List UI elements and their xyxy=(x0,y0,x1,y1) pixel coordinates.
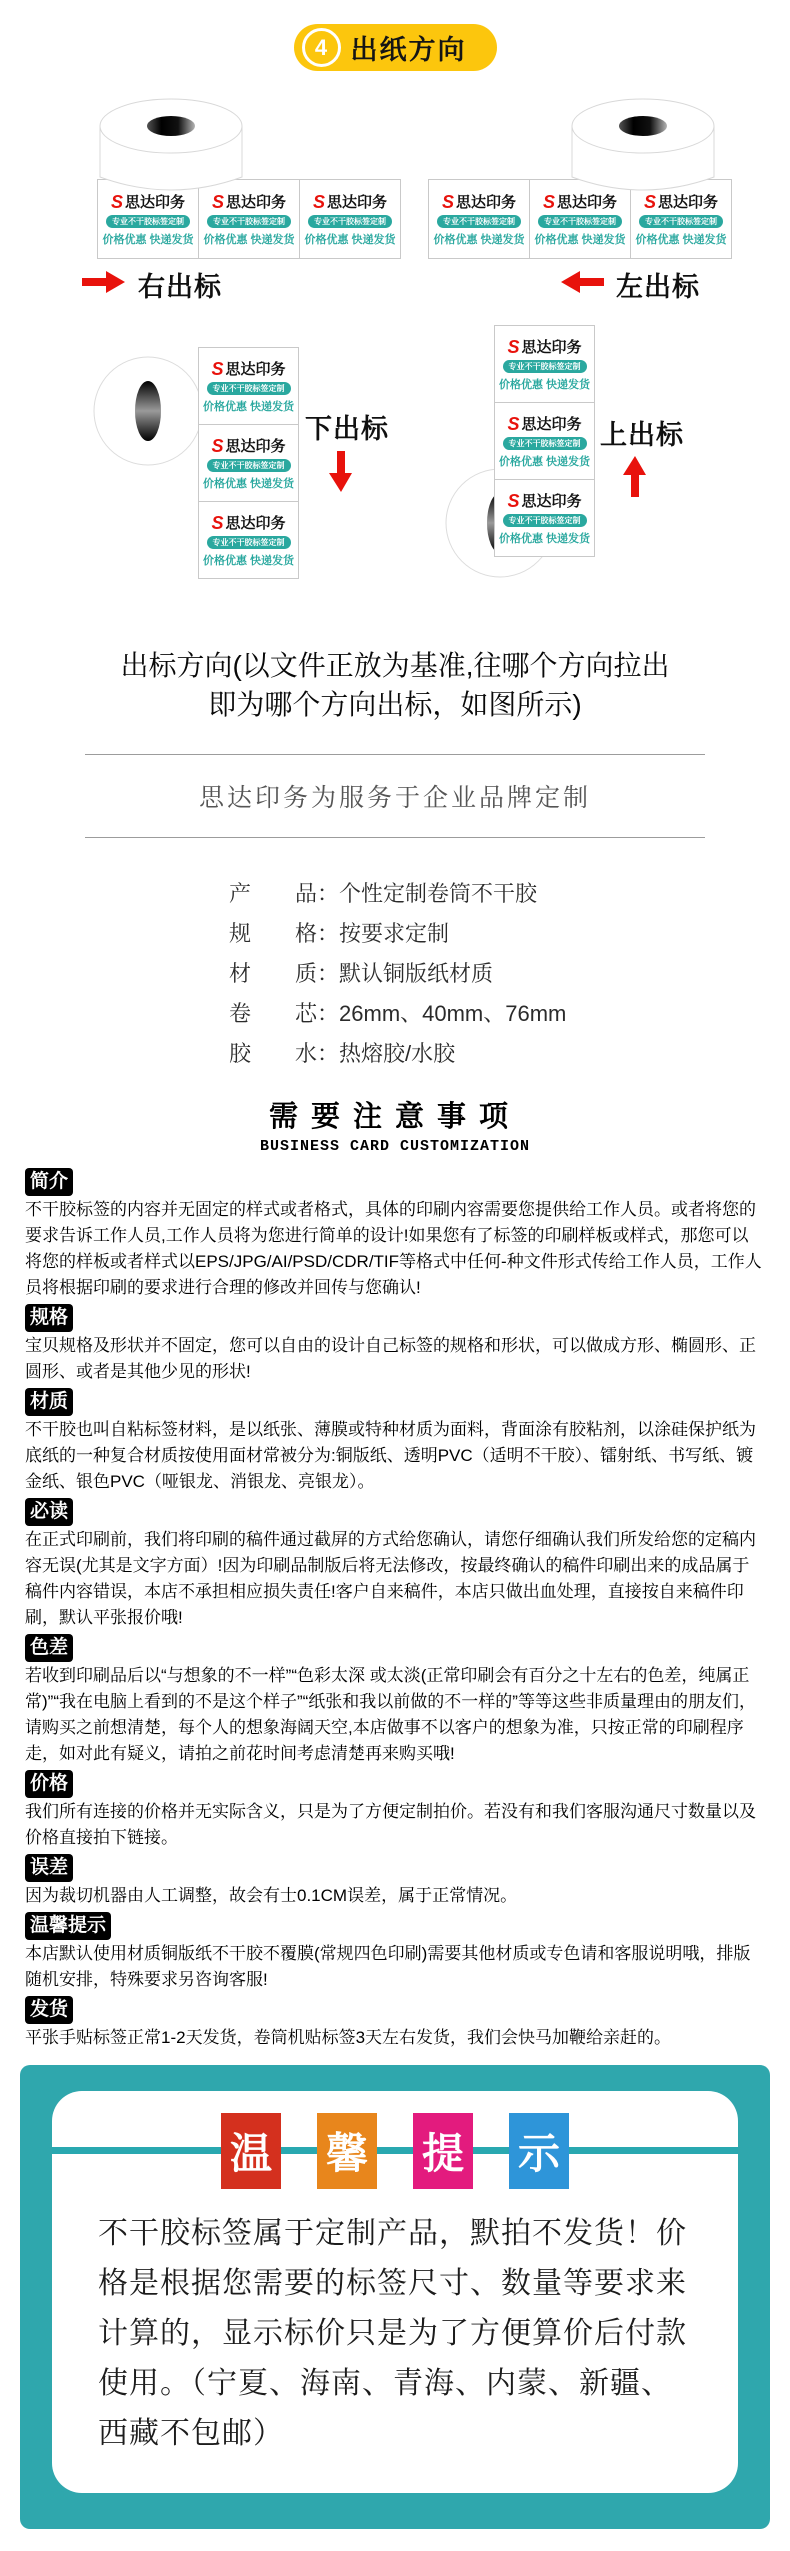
section-badge: 发货 xyxy=(25,1996,73,2024)
brand-logo-icon: S xyxy=(507,338,519,356)
caption-line1: 出标方向(以文件正放为基准,往哪个方向拉出 xyxy=(0,646,790,685)
brand-logo-icon: S xyxy=(211,360,223,378)
brand-row: S思达印务 xyxy=(507,413,581,434)
spec-value: 热熔胶/水胶 xyxy=(339,1041,455,1066)
label-badge: 专业不干胶标签定制 xyxy=(207,536,291,549)
arrow-up-icon xyxy=(622,455,648,502)
label-badge: 专业不干胶标签定制 xyxy=(503,360,587,373)
section-badge: 价格 xyxy=(25,1770,73,1798)
direction-label: 右出标 xyxy=(138,265,222,304)
label-tagline: 价格优惠 快递发货 xyxy=(203,398,294,414)
spec-value: 个性定制卷筒不干胶 xyxy=(339,881,537,906)
section-price: 价格我们所有连接的价格并无实际含义，只是为了方便定制拍价。若没有和我们客服沟通尺… xyxy=(25,1769,765,1851)
section-badge: 材质 xyxy=(25,1388,73,1416)
label-tagline: 价格优惠 快递发货 xyxy=(499,453,590,469)
direction-down: 下出标 xyxy=(305,407,389,446)
brand-row: S思达印务 xyxy=(211,435,285,456)
section-tolerance: 误差因为裁切机器由人工调整，故会有士0.1CM误差，属于正常情况。 xyxy=(25,1853,765,1909)
label-tagline: 价格优惠 快递发货 xyxy=(534,231,625,247)
label-badge: 专业不干胶标签定制 xyxy=(207,215,291,228)
warm-tip-char-tile: 温 xyxy=(221,2113,281,2189)
section-header: 4 出纸方向 xyxy=(0,0,790,71)
direction-right: 右出标 xyxy=(82,265,222,304)
spec-label: 卷 芯： xyxy=(229,1001,339,1026)
label-tagline: 价格优惠 快递发货 xyxy=(499,376,590,392)
arrow-left-icon xyxy=(560,270,604,299)
warm-tip-card: 温 馨 提 示 不干胶标签属于定制产品，默拍不发货！价格是根据您需要的标签尺寸、… xyxy=(52,2091,738,2493)
brand-name: 思达印务 xyxy=(327,191,387,212)
spec-label: 胶 水： xyxy=(229,1041,339,1066)
warm-tip-box: 温 馨 提 示 不干胶标签属于定制产品，默拍不发货！价格是根据您需要的标签尺寸、… xyxy=(20,2065,770,2529)
label-tagline: 价格优惠 快递发货 xyxy=(304,231,395,247)
brand-logo-icon: S xyxy=(507,415,519,433)
spec-row: 规 格：按要求定制 xyxy=(229,914,561,954)
section-text: 不干胶也叫自粘标签材料，是以纸张、薄膜或特种材质为面料，背面涂有胶粘剂，以涂硅保… xyxy=(25,1417,765,1495)
section-spec: 规格宝贝规格及形状并不固定，您可以自由的设计自己标签的规格和形状，可以做成方形、… xyxy=(25,1303,765,1385)
product-label: S思达印务专业不干胶标签定制价格优惠 快递发货 xyxy=(199,348,298,424)
label-tagline: 价格优惠 快递发货 xyxy=(433,231,524,247)
product-detail-page: 4 出纸方向 S思达印务专业不干胶标签定制价格优惠 快递发货 S思达印务专业不干… xyxy=(0,0,790,2549)
brand-name: 思达印务 xyxy=(226,358,286,379)
section-shipping: 发货平张手贴标签正常1-2天发货，卷筒机贴标签3天左右发货，我们会快马加鞭给亲赶… xyxy=(25,1995,765,2051)
spec-label: 材 质： xyxy=(229,961,339,986)
label-tagline: 价格优惠 快递发货 xyxy=(203,552,294,568)
warm-tip-char-tile: 馨 xyxy=(317,2113,377,2189)
direction-up: 上出标 xyxy=(600,413,684,452)
paper-roll-top-icon xyxy=(95,95,247,202)
label-strip: S思达印务专业不干胶标签定制价格优惠 快递发货 S思达印务专业不干胶标签定制价格… xyxy=(198,347,299,579)
section-text: 本店默认使用材质铜版纸不干胶不覆膜(常规四色印刷)需要其他材质或专色请和客服说明… xyxy=(25,1941,765,1993)
section-mustread: 必读在正式印刷前，我们将印刷的稿件通过截屏的方式给您确认，请您仔细确认我们所发给… xyxy=(25,1497,765,1631)
label-badge: 专业不干胶标签定制 xyxy=(106,215,190,228)
section-colordiff: 色差若收到印刷品后以“与想象的不一样”“色彩太深 或太淡(正常印刷会有百分之十左… xyxy=(25,1633,765,1767)
label-tagline: 价格优惠 快递发货 xyxy=(203,231,294,247)
spec-label: 产 品： xyxy=(229,881,339,906)
arrow-right-icon xyxy=(82,270,126,299)
label-badge: 专业不干胶标签定制 xyxy=(308,215,392,228)
brand-name: 思达印务 xyxy=(522,490,582,511)
brand-row: S思达印务 xyxy=(211,358,285,379)
header-pill: 4 出纸方向 xyxy=(294,24,497,71)
step-number-icon: 4 xyxy=(302,28,341,67)
label-badge: 专业不干胶标签定制 xyxy=(207,459,291,472)
brand-row: S思达印务 xyxy=(211,512,285,533)
product-label: S思达印务专业不干胶标签定制价格优惠 快递发货 xyxy=(495,479,594,556)
label-badge: 专业不干胶标签定制 xyxy=(538,215,622,228)
section-text: 平张手贴标签正常1-2天发货，卷筒机贴标签3天左右发货，我们会快马加鞭给亲赶的。 xyxy=(25,2025,765,2051)
spec-row: 材 质：默认铜版纸材质 xyxy=(229,954,561,994)
spec-list: 产 品：个性定制卷筒不干胶 规 格：按要求定制 材 质：默认铜版纸材质 卷 芯：… xyxy=(229,874,561,1074)
section-badge: 必读 xyxy=(25,1498,73,1526)
section-text: 在正式印刷前，我们将印刷的稿件通过截屏的方式给您确认，请您仔细确认我们所发给您的… xyxy=(25,1527,765,1631)
caption-line2: 即为哪个方向出标，如图所示) xyxy=(0,685,790,724)
brand-logo-icon: S xyxy=(507,492,519,510)
spec-row: 产 品：个性定制卷筒不干胶 xyxy=(229,874,561,914)
label-tagline: 价格优惠 快递发货 xyxy=(635,231,726,247)
label-badge: 专业不干胶标签定制 xyxy=(503,437,587,450)
label-badge: 专业不干胶标签定制 xyxy=(639,215,723,228)
brand-logo-icon: S xyxy=(543,193,555,211)
section-text: 宝贝规格及形状并不固定，您可以自由的设计自己标签的规格和形状，可以做成方形、椭圆… xyxy=(25,1333,765,1385)
brand-name: 思达印务 xyxy=(522,336,582,357)
brand-logo-icon: S xyxy=(442,193,454,211)
spec-value: 26mm、40mm、76mm xyxy=(339,1001,566,1026)
brand-banner: 思达印务为服务于企业品牌定制 xyxy=(85,754,705,838)
diagram-row-horizontal: S思达印务专业不干胶标签定制价格优惠 快递发货 S思达印务专业不干胶标签定制价格… xyxy=(0,87,790,325)
spec-value: 按要求定制 xyxy=(339,921,449,946)
spec-row: 卷 芯：26mm、40mm、76mm xyxy=(229,994,561,1034)
brand-logo-icon: S xyxy=(211,514,223,532)
section-text: 若收到印刷品后以“与想象的不一样”“色彩太深 或太淡(正常印刷会有百分之十左右的… xyxy=(25,1663,765,1767)
warm-tip-char-tile: 提 xyxy=(413,2113,473,2189)
section-intro: 简介不干胶标签的内容并无固定的样式或者格式，具体的印刷内容需要您提供给工作人员。… xyxy=(25,1167,765,1301)
direction-caption: 出标方向(以文件正放为基准,往哪个方向拉出 即为哪个方向出标，如图所示) xyxy=(0,646,790,724)
page-title: 出纸方向 xyxy=(351,28,467,67)
label-tagline: 价格优惠 快递发货 xyxy=(499,530,590,546)
notice-title: 需要注意事项 xyxy=(0,1094,790,1135)
brand-row: S思达印务 xyxy=(507,490,581,511)
spec-value: 默认铜版纸材质 xyxy=(339,961,493,986)
section-badge: 色差 xyxy=(25,1634,73,1662)
notice-sections: 简介不干胶标签的内容并无固定的样式或者格式，具体的印刷内容需要您提供给工作人员。… xyxy=(25,1167,765,2051)
product-label: S思达印务专业不干胶标签定制价格优惠 快递发货 xyxy=(495,402,594,479)
label-badge: 专业不干胶标签定制 xyxy=(437,215,521,228)
label-badge: 专业不干胶标签定制 xyxy=(207,382,291,395)
spec-row: 胶 水：热熔胶/水胶 xyxy=(229,1034,561,1074)
brand-name: 思达印务 xyxy=(522,413,582,434)
diagram-row-vertical: S思达印务专业不干胶标签定制价格优惠 快递发货 S思达印务专业不干胶标签定制价格… xyxy=(0,325,790,620)
paper-roll-side-icon xyxy=(92,353,204,474)
brand-name: 思达印务 xyxy=(456,191,516,212)
section-badge: 误差 xyxy=(25,1854,73,1882)
spec-label: 规 格： xyxy=(229,921,339,946)
label-badge: 专业不干胶标签定制 xyxy=(503,514,587,527)
brand-row: S思达印务 xyxy=(313,191,387,212)
section-badge: 规格 xyxy=(25,1304,73,1332)
notice-subtitle: BUSINESS CARD CUSTOMIZATION xyxy=(0,1138,790,1155)
section-warmtip: 温馨提示本店默认使用材质铜版纸不干胶不覆膜(常规四色印刷)需要其他材质或专色请和… xyxy=(25,1911,765,1993)
section-text: 因为裁切机器由人工调整，故会有士0.1CM误差，属于正常情况。 xyxy=(25,1883,765,1909)
warm-tip-char-tile: 示 xyxy=(509,2113,569,2189)
warm-tip-text: 不干胶标签属于定制产品，默拍不发货！价格是根据您需要的标签尺寸、数量等要求来计算… xyxy=(98,2209,692,2459)
product-label: S思达印务专业不干胶标签定制价格优惠 快递发货 xyxy=(199,501,298,578)
direction-left: 左出标 xyxy=(560,265,700,304)
brand-row: S思达印务 xyxy=(442,191,516,212)
product-label: S思达印务专业不干胶标签定制价格优惠 快递发货 xyxy=(429,180,529,258)
notice-heading: 需要注意事项 BUSINESS CARD CUSTOMIZATION xyxy=(0,1094,790,1155)
section-badge: 简介 xyxy=(25,1168,73,1196)
brand-row: S思达印务 xyxy=(507,336,581,357)
product-label: S思达印务专业不干胶标签定制价格优惠 快递发货 xyxy=(299,180,400,258)
section-text: 不干胶标签的内容并无固定的样式或者格式，具体的印刷内容需要您提供给工作人员。或者… xyxy=(25,1197,765,1301)
section-text: 我们所有连接的价格并无实际含义，只是为了方便定制拍价。若没有和我们客服沟通尺寸数… xyxy=(25,1799,765,1851)
paper-roll-top-icon xyxy=(567,95,719,202)
label-tagline: 价格优惠 快递发货 xyxy=(203,475,294,491)
label-strip: S思达印务专业不干胶标签定制价格优惠 快递发货 S思达印务专业不干胶标签定制价格… xyxy=(494,325,595,557)
arrow-down-icon xyxy=(328,451,354,498)
brand-name: 思达印务 xyxy=(226,512,286,533)
section-badge: 温馨提示 xyxy=(25,1912,111,1940)
product-label: S思达印务专业不干胶标签定制价格优惠 快递发货 xyxy=(199,424,298,501)
warm-tip-title: 温 馨 提 示 xyxy=(98,2113,692,2189)
direction-label: 左出标 xyxy=(616,265,700,304)
product-label: S思达印务专业不干胶标签定制价格优惠 快递发货 xyxy=(495,326,594,402)
brand-logo-icon: S xyxy=(211,437,223,455)
brand-logo-icon: S xyxy=(313,193,325,211)
section-material: 材质不干胶也叫自粘标签材料，是以纸张、薄膜或特种材质为面料，背面涂有胶粘剂，以涂… xyxy=(25,1387,765,1495)
brand-name: 思达印务 xyxy=(226,435,286,456)
label-tagline: 价格优惠 快递发货 xyxy=(102,231,193,247)
